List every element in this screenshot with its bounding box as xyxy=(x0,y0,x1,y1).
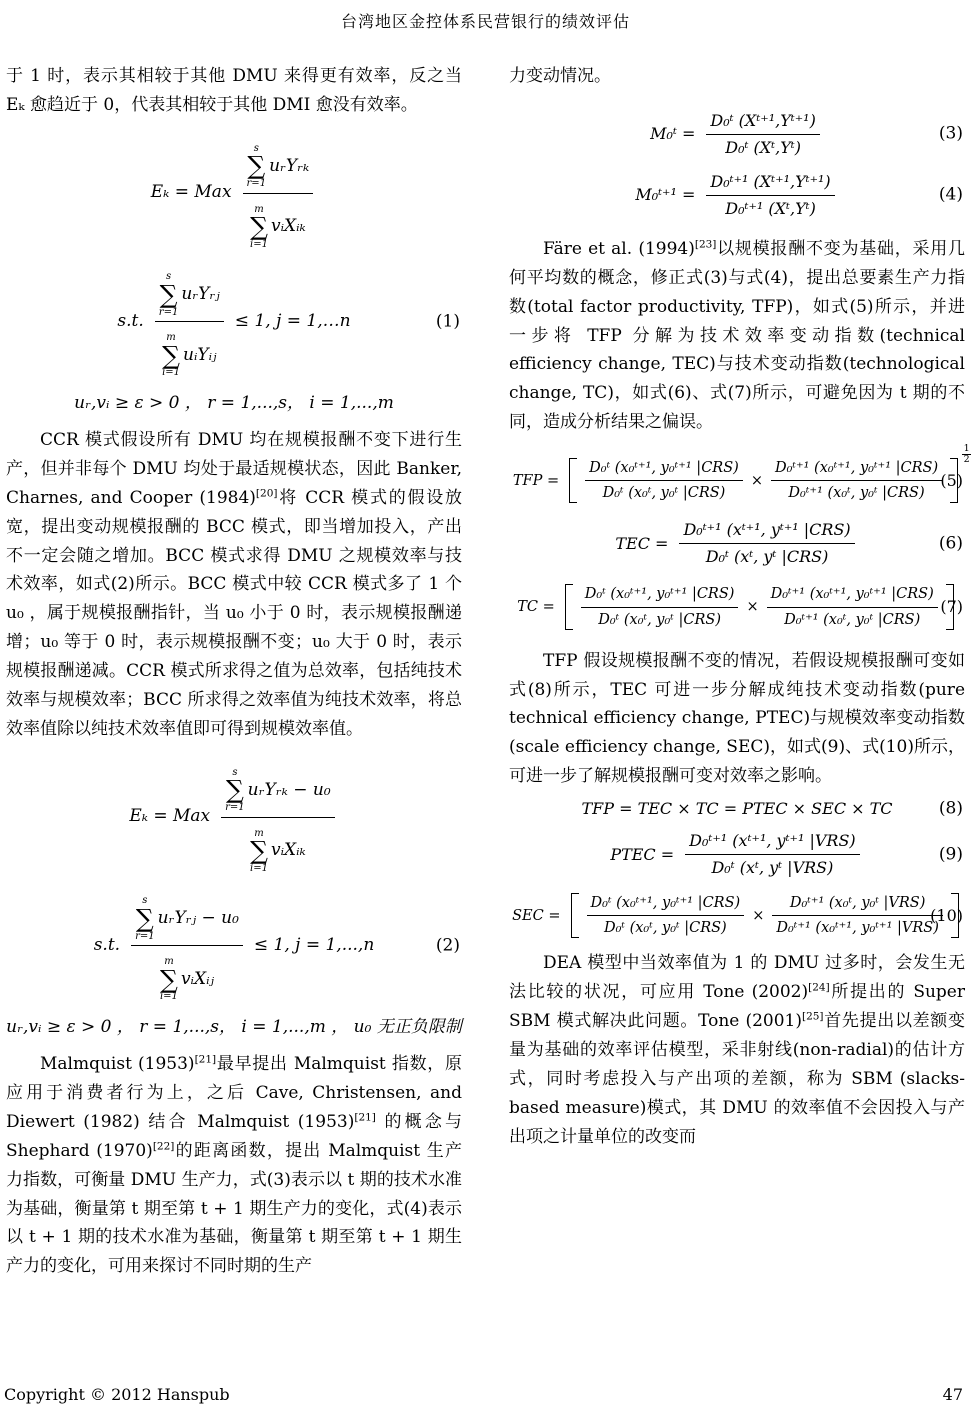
sum-expression: uᵢYᵢⱼ xyxy=(183,345,217,366)
numerator: D₀ᵗ⁺¹ (xᵗ⁺¹, yᵗ⁺¹ |CRS) xyxy=(679,520,854,544)
fraction: s ∑ r=1 uᵣYᵣₖ m ∑ xyxy=(243,136,314,251)
column-left: 于 1 时，表示其相较于其他 DMU 来得更有效率，反之当 Eₖ 愈趋近于 0，… xyxy=(6,62,462,1281)
multiplication-sign: × xyxy=(746,598,758,616)
bracket-group: D₀ᵗ (x₀ᵗ⁺¹, y₀ᵗ⁺¹ |CRS) D₀ᵗ (x₀ᵗ, y₀ᵗ |C… xyxy=(565,583,954,630)
copyright-text: Copyright © 2012 Hanspub xyxy=(4,1385,230,1404)
left-paragraph-intro: 于 1 时，表示其相较于其他 DMU 来得更有效率，反之当 Eₖ 愈趋近于 0，… xyxy=(6,62,462,120)
numerator: s ∑ r=1 uᵣYᵣⱼ − u₀ xyxy=(131,888,243,946)
equation-3: M₀ᵗ = D₀ᵗ (Xᵗ⁺¹,Yᵗ⁺¹) D₀ᵗ (Xᵗ,Yᵗ) (3) xyxy=(509,111,965,158)
denominator: D₀ᵗ (xᵗ, yᵗ |CRS) xyxy=(679,544,854,567)
page-number: 47 xyxy=(943,1385,963,1404)
sum-lower-limit: i=1 xyxy=(250,863,268,875)
numerator: D₀ᵗ (x₀ᵗ⁺¹, y₀ᵗ⁺¹ |CRS) xyxy=(581,585,739,607)
numerator: s ∑ r=1 uᵣYᵣₖ − u₀ xyxy=(221,760,335,818)
equation-lhs: Eₖ = Max xyxy=(151,182,232,203)
equation-lhs: Eₖ = Max xyxy=(129,806,210,827)
sigma-symbol: ∑ xyxy=(250,215,268,239)
sum-expression: vᵢXᵢₖ xyxy=(271,840,306,861)
sum-lower-limit: i=1 xyxy=(160,991,178,1003)
fraction: D₀ᵗ (Xᵗ⁺¹,Yᵗ⁺¹) D₀ᵗ (Xᵗ,Yᵗ) xyxy=(706,111,819,158)
numerator: D₀ᵗ (x₀ᵗ⁺¹, y₀ᵗ⁺¹ |CRS) xyxy=(585,459,743,481)
left-paragraph-malmquist: Malmquist (1953)[21]最早提出 Malmquist 指数，原应… xyxy=(6,1050,462,1281)
constraint-condition: ≤ 1, j = 1,...,n xyxy=(254,935,374,956)
equation-lhs: SEC = xyxy=(512,907,560,925)
sum-lower-limit: r=1 xyxy=(159,307,179,319)
left-bracket xyxy=(569,458,577,503)
multiplication-sign: × xyxy=(751,472,763,490)
sum-expression: vᵢXᵢⱼ xyxy=(181,969,214,990)
denominator: D₀ᵗ (Xᵗ,Yᵗ) xyxy=(706,135,819,158)
numerator: D₀ᵗ (x₀ᵗ⁺¹, y₀ᵗ⁺¹ |CRS) xyxy=(587,894,745,916)
text-segment: 首先提出以差额变量为基础的效率评估模型，采非射线(non-radial)的估计方… xyxy=(509,1011,965,1147)
equation-5: TFP = D₀ᵗ (x₀ᵗ⁺¹, y₀ᵗ⁺¹ |CRS) D₀ᵗ (x₀ᵗ, … xyxy=(509,457,965,504)
sum-operator: m ∑ i=1 xyxy=(162,332,180,379)
text-segment: Malmquist (1953) xyxy=(40,1054,195,1074)
fraction: D₀ᵗ (x₀ᵗ⁺¹, y₀ᵗ⁺¹ |CRS) D₀ᵗ (x₀ᵗ, y₀ᵗ |C… xyxy=(587,894,745,937)
bracket-group: D₀ᵗ (x₀ᵗ⁺¹, y₀ᵗ⁺¹ |CRS) D₀ᵗ (x₀ᵗ, y₀ᵗ |C… xyxy=(571,892,959,939)
text-segment: 以规模报酬不变为基础，采用几何平均数的概念，修正式(3)与式(4)，提出总要素生… xyxy=(509,239,965,432)
sum-lower-limit: r=1 xyxy=(247,178,267,190)
numerator: D₀ᵗ⁺¹ (x₀ᵗ, y₀ᵗ |VRS) xyxy=(772,894,943,916)
equation-8: TFP = TEC × TC = PTEC × SEC × TC (8) xyxy=(509,799,965,819)
equation-2-constraint: s.t. s ∑ r=1 uᵣYᵣⱼ − u₀ xyxy=(6,888,462,1003)
subject-to-label: s.t. xyxy=(94,935,120,956)
equation-lhs: TEC = xyxy=(615,534,668,554)
multiplication-sign: × xyxy=(752,907,764,925)
equation-body: TFP = TEC × TC = PTEC × SEC × TC xyxy=(581,799,892,819)
denominator: m ∑ i=1 uᵢYᵢⱼ xyxy=(155,322,224,379)
numerator: s ∑ r=1 uᵣYᵣⱼ xyxy=(155,264,224,322)
numerator: D₀ᵗ (Xᵗ⁺¹,Yᵗ⁺¹) xyxy=(706,111,819,135)
page-footer: Copyright © 2012 Hanspub 47 xyxy=(0,1385,971,1404)
equation-lhs: TC = xyxy=(517,598,555,616)
equation-number: (6) xyxy=(939,533,963,554)
sum-expression: uᵣYᵣⱼ − u₀ xyxy=(158,908,239,929)
sum-lower-limit: i=1 xyxy=(250,239,268,251)
sigma-symbol: ∑ xyxy=(160,283,178,307)
two-column-body: 于 1 时，表示其相较于其他 DMU 来得更有效率，反之当 Eₖ 愈趋近于 0，… xyxy=(0,32,971,1281)
sigma-symbol: ∑ xyxy=(250,839,268,863)
fraction: s ∑ r=1 uᵣYᵣₖ − u₀ m ∑ xyxy=(221,760,335,875)
sigma-symbol: ∑ xyxy=(226,778,244,802)
denominator: D₀ᵗ⁺¹ (x₀ᵗ, y₀ᵗ |CRS) xyxy=(767,608,938,629)
fraction: D₀ᵗ (x₀ᵗ⁺¹, y₀ᵗ⁺¹ |CRS) D₀ᵗ (x₀ᵗ, y₀ᵗ |C… xyxy=(581,585,739,628)
equation-1-constraint: s.t. s ∑ r=1 uᵣYᵣⱼ xyxy=(6,264,462,379)
equation-2: Eₖ = Max s ∑ r=1 uᵣYᵣₖ − u₀ xyxy=(6,760,462,1038)
citation-ref-21: [21] xyxy=(195,1053,217,1065)
citation-ref-20: [20] xyxy=(256,487,278,499)
sigma-symbol: ∑ xyxy=(136,907,154,931)
equation-lhs: TFP = xyxy=(513,472,559,490)
sum-expression: vᵢXᵢₖ xyxy=(271,216,306,237)
equation-number: (9) xyxy=(939,844,963,865)
denominator: m ∑ i=1 vᵢXᵢₖ xyxy=(243,194,314,251)
equation-number: (3) xyxy=(939,124,963,145)
numerator: D₀ᵗ⁺¹ (x₀ᵗ⁺¹, y₀ᵗ⁺¹ |CRS) xyxy=(771,459,942,481)
fraction: s ∑ r=1 uᵣYᵣⱼ − u₀ m ∑ xyxy=(131,888,243,1003)
citation-ref-24: [24] xyxy=(808,982,830,994)
sum-operator: s ∑ r=1 xyxy=(225,767,245,814)
denominator: m ∑ i=1 vᵢXᵢⱼ xyxy=(131,946,243,1003)
right-paragraph-tfp: TFP 假设规模报酬不变的情况，若假设规模报酬可变如式(8)所示，TEC 可进一… xyxy=(509,647,965,791)
fraction: D₀ᵗ⁺¹ (x₀ᵗ, y₀ᵗ |VRS) D₀ᵗ⁺¹ (x₀ᵗ⁺¹, y₀ᵗ⁺… xyxy=(772,894,943,937)
column-right: 力变动情况。 M₀ᵗ = D₀ᵗ (Xᵗ⁺¹,Yᵗ⁺¹) D₀ᵗ (Xᵗ,Yᵗ)… xyxy=(509,62,965,1281)
sum-operator: m ∑ i=1 xyxy=(250,828,268,875)
denominator: D₀ᵗ⁺¹ (x₀ᵗ⁺¹, y₀ᵗ⁺¹ |VRS) xyxy=(772,916,943,937)
equation-number: (10) xyxy=(930,906,963,926)
citation-ref-22: [22] xyxy=(153,1140,175,1152)
equation-4: M₀ᵗ⁺¹ = D₀ᵗ⁺¹ (Xᵗ⁺¹,Yᵗ⁺¹) D₀ᵗ⁺¹ (Xᵗ,Yᵗ) … xyxy=(509,172,965,219)
constraint-condition: ≤ 1, j = 1,…n xyxy=(235,311,351,332)
citation-ref-23: [23] xyxy=(695,238,717,250)
equation-2-objective: Eₖ = Max s ∑ r=1 uᵣYᵣₖ − u₀ xyxy=(6,760,462,875)
numerator: D₀ᵗ⁺¹ (xᵗ⁺¹, yᵗ⁺¹ |VRS) xyxy=(685,831,860,855)
text-segment: Färe et al. (1994) xyxy=(543,239,695,259)
equation-1: Eₖ = Max s ∑ r=1 uᵣYᵣₖ xyxy=(6,136,462,414)
fraction: s ∑ r=1 uᵣYᵣⱼ m ∑ xyxy=(155,264,224,379)
citation-ref-25: [25] xyxy=(802,1010,824,1022)
exponent-denominator: 2 xyxy=(964,455,970,465)
denominator: D₀ᵗ (xᵗ, yᵗ |VRS) xyxy=(685,855,860,878)
sigma-symbol: ∑ xyxy=(162,344,180,368)
left-paragraph-ccr: CCR 模式假设所有 DMU 均在规模报酬不变下进行生产，但并非每个 DMU 均… xyxy=(6,426,462,744)
equation-number: (1) xyxy=(436,311,460,332)
sigma-symbol: ∑ xyxy=(247,154,265,178)
variable-bounds: uᵣ,vᵢ ≥ ε > 0 ， r = 1,...,s， i = 1,...,m… xyxy=(6,1017,462,1038)
equation-6: TEC = D₀ᵗ⁺¹ (xᵗ⁺¹, yᵗ⁺¹ |CRS) D₀ᵗ (xᵗ, y… xyxy=(509,520,965,567)
left-bracket xyxy=(565,584,573,629)
sum-lower-limit: r=1 xyxy=(225,802,245,814)
sum-expression: uᵣYᵣⱼ xyxy=(181,284,219,305)
denominator: D₀ᵗ⁺¹ (x₀ᵗ, y₀ᵗ |CRS) xyxy=(771,481,942,502)
left-bracket xyxy=(571,893,579,938)
subject-to-label: s.t. xyxy=(117,311,143,332)
equation-1-objective: Eₖ = Max s ∑ r=1 uᵣYᵣₖ xyxy=(6,136,462,251)
numerator: s ∑ r=1 uᵣYᵣₖ xyxy=(243,136,314,194)
right-paragraph-intro: 力变动情况。 xyxy=(509,62,965,91)
variable-bounds: uᵣ,vᵢ ≥ ε > 0 ， r = 1,...,s， i = 1,...,m xyxy=(74,393,394,414)
numerator: D₀ᵗ⁺¹ (Xᵗ⁺¹,Yᵗ⁺¹) xyxy=(706,172,834,196)
equation-lhs: M₀ᵗ = xyxy=(650,124,695,144)
text-segment: 将 CCR 模式的假设放宽，提出变动规模报酬的 BCC 模式，即当增加投入，产出… xyxy=(6,488,462,739)
equation-number: (5) xyxy=(940,471,963,491)
equation-number: (7) xyxy=(940,597,963,617)
right-paragraph-dea: DEA 模型中当效率值为 1 的 DMU 过多时，会发生无法比较的状况，可应用 … xyxy=(509,949,965,1151)
equation-1-bounds: uᵣ,vᵢ ≥ ε > 0 ， r = 1,...,s， i = 1,...,m xyxy=(6,393,462,414)
sum-operator: s ∑ r=1 xyxy=(135,895,155,942)
equation-number: (2) xyxy=(436,935,460,956)
sum-operator: m ∑ i=1 xyxy=(250,204,268,251)
equation-10: SEC = D₀ᵗ (x₀ᵗ⁺¹, y₀ᵗ⁺¹ |CRS) D₀ᵗ (x₀ᵗ, … xyxy=(509,892,965,939)
fraction: D₀ᵗ⁺¹ (xᵗ⁺¹, yᵗ⁺¹ |VRS) D₀ᵗ (xᵗ, yᵗ |VRS… xyxy=(685,831,860,878)
sum-operator: s ∑ r=1 xyxy=(159,271,179,318)
right-paragraph-fare: Färe et al. (1994)[23]以规模报酬不变为基础，采用几何平均数… xyxy=(509,235,965,437)
text-segment: 的距离函数，提出 Malmquist 生产力指数，可衡量 DMU 生产力，式(3… xyxy=(6,1141,462,1277)
sigma-symbol: ∑ xyxy=(160,968,178,992)
equation-number: (8) xyxy=(939,798,963,819)
sum-operator: s ∑ r=1 xyxy=(247,143,267,190)
equation-number: (4) xyxy=(939,185,963,206)
sum-expression: uᵣYᵣₖ − u₀ xyxy=(248,780,331,801)
equation-7: TC = D₀ᵗ (x₀ᵗ⁺¹, y₀ᵗ⁺¹ |CRS) D₀ᵗ (x₀ᵗ, y… xyxy=(509,583,965,630)
fraction: D₀ᵗ⁺¹ (Xᵗ⁺¹,Yᵗ⁺¹) D₀ᵗ⁺¹ (Xᵗ,Yᵗ) xyxy=(706,172,834,219)
equation-lhs: M₀ᵗ⁺¹ = xyxy=(635,185,695,205)
denominator: D₀ᵗ⁺¹ (Xᵗ,Yᵗ) xyxy=(706,196,834,219)
denominator: D₀ᵗ (x₀ᵗ, y₀ᵗ |CRS) xyxy=(587,916,745,937)
sum-operator: m ∑ i=1 xyxy=(160,956,178,1003)
sum-lower-limit: r=1 xyxy=(135,931,155,943)
citation-ref-21: [21] xyxy=(354,1111,376,1123)
fraction: D₀ᵗ⁺¹ (xᵗ⁺¹, yᵗ⁺¹ |CRS) D₀ᵗ (xᵗ, yᵗ |CRS… xyxy=(679,520,854,567)
sum-lower-limit: i=1 xyxy=(162,367,180,379)
equation-lhs: PTEC = xyxy=(610,845,674,865)
equation-9: PTEC = D₀ᵗ⁺¹ (xᵗ⁺¹, yᵗ⁺¹ |VRS) D₀ᵗ (xᵗ, … xyxy=(509,831,965,878)
denominator: D₀ᵗ (x₀ᵗ, y₀ᵗ |CRS) xyxy=(585,481,743,502)
denominator: D₀ᵗ (x₀ᵗ, y₀ᵗ |CRS) xyxy=(581,608,739,629)
sum-expression: uᵣYᵣₖ xyxy=(269,156,309,177)
paper-page: 台湾地区金控体系民营银行的绩效评估 于 1 时，表示其相较于其他 DMU 来得更… xyxy=(0,0,971,1414)
exponent-one-half: 1 2 xyxy=(962,444,971,465)
fraction: D₀ᵗ (x₀ᵗ⁺¹, y₀ᵗ⁺¹ |CRS) D₀ᵗ (x₀ᵗ, y₀ᵗ |C… xyxy=(585,459,743,502)
fraction: D₀ᵗ⁺¹ (x₀ᵗ⁺¹, y₀ᵗ⁺¹ |CRS) D₀ᵗ⁺¹ (x₀ᵗ, y₀… xyxy=(767,585,938,628)
denominator: m ∑ i=1 vᵢXᵢₖ xyxy=(221,818,335,875)
equation-2-bounds: uᵣ,vᵢ ≥ ε > 0 ， r = 1,...,s， i = 1,...,m… xyxy=(6,1017,462,1038)
page-title: 台湾地区金控体系民营银行的绩效评估 xyxy=(0,0,971,32)
fraction: D₀ᵗ⁺¹ (x₀ᵗ⁺¹, y₀ᵗ⁺¹ |CRS) D₀ᵗ⁺¹ (x₀ᵗ, y₀… xyxy=(771,459,942,502)
bracket-group: D₀ᵗ (x₀ᵗ⁺¹, y₀ᵗ⁺¹ |CRS) D₀ᵗ (x₀ᵗ, y₀ᵗ |C… xyxy=(569,457,958,504)
numerator: D₀ᵗ⁺¹ (x₀ᵗ⁺¹, y₀ᵗ⁺¹ |CRS) xyxy=(767,585,938,607)
